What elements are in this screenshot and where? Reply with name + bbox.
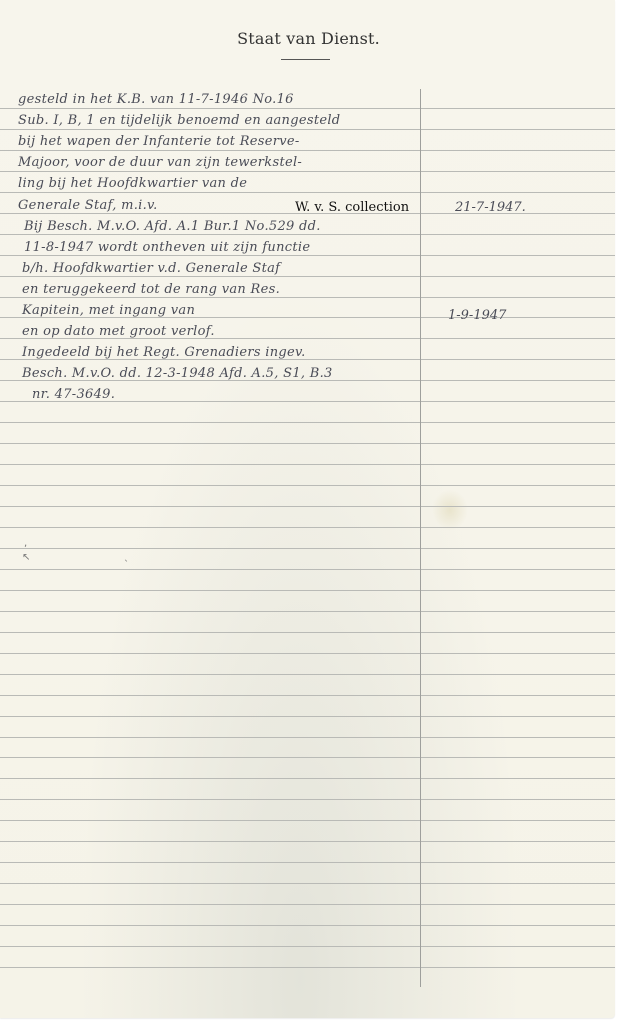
ruled-line — [0, 674, 615, 675]
ruled-line — [0, 841, 615, 842]
entry-line: Sub. I, B, 1 en tijdelijk benoemd en aan… — [18, 113, 340, 128]
ruled-line — [0, 506, 615, 507]
ruled-line — [0, 192, 615, 193]
ruled-line — [0, 108, 615, 109]
ruled-line — [0, 653, 615, 654]
page-title: Staat van Dienst. — [0, 29, 617, 48]
ruled-line — [0, 883, 615, 884]
ruled-line — [0, 820, 615, 821]
ruled-line — [0, 297, 615, 298]
entry-line: ling bij het Hoofdkwartier van de — [18, 176, 247, 191]
ruled-line — [0, 967, 615, 968]
entry-line: en op dato met groot verlof. — [22, 324, 215, 339]
ruled-line — [0, 904, 615, 905]
ruled-line — [0, 946, 615, 947]
ruled-line — [0, 925, 615, 926]
ink-speck: , — [24, 538, 27, 549]
ruled-line — [0, 129, 615, 130]
ink-speck: ↖ — [22, 552, 30, 563]
collection-watermark: W. v. S. collection — [295, 200, 409, 215]
ruled-line — [0, 611, 615, 612]
ruled-line — [0, 234, 615, 235]
title-underline — [281, 59, 330, 60]
ruled-line — [0, 778, 615, 779]
ruled-line — [0, 443, 615, 444]
entry-line: Ingedeeld bij het Regt. Grenadiers ingev… — [22, 345, 306, 360]
ledger-page: Staat van Dienst. gesteld in het K.B. va… — [0, 0, 615, 1018]
ruled-line — [0, 716, 615, 717]
ink-speck: ˎ — [124, 551, 129, 562]
ruled-line — [0, 255, 615, 256]
entry-line: Bij Besch. M.v.O. Afd. A.1 Bur.1 No.529 … — [24, 219, 321, 234]
entry-line: gesteld in het K.B. van 11-7-1946 No.16 — [18, 92, 294, 107]
entry-line: Besch. M.v.O. dd. 12-3-1948 Afd. A.5, S1… — [22, 366, 333, 381]
entry-line: b/h. Hoofdkwartier v.d. Generale Staf — [22, 261, 280, 276]
ruled-line — [0, 757, 615, 758]
ruled-line — [0, 276, 615, 277]
entry-line: en teruggekeerd tot de rang van Res. — [22, 282, 280, 297]
ruled-line — [0, 862, 615, 863]
ruled-line — [0, 799, 615, 800]
ruled-line — [0, 737, 615, 738]
ruled-line — [0, 422, 615, 423]
entry-line: bij het wapen der Infanterie tot Reserve… — [18, 134, 300, 149]
entry-line: 11-8-1947 wordt ontheven uit zijn functi… — [24, 240, 310, 255]
ruled-line — [0, 485, 615, 486]
ruled-line — [0, 632, 615, 633]
ruled-line — [0, 569, 615, 570]
entry-line: Generale Staf, m.i.v. — [18, 198, 158, 213]
column-divider — [420, 89, 421, 987]
ruled-line — [0, 527, 615, 528]
date-entry: 21-7-1947. — [455, 200, 526, 215]
ruled-line — [0, 548, 615, 549]
ruled-line — [0, 171, 615, 172]
entry-line: nr. 47-3649. — [32, 387, 115, 402]
ruled-line — [0, 695, 615, 696]
ruled-line — [0, 464, 615, 465]
entry-line: Majoor, voor de duur van zijn tewerkstel… — [18, 155, 302, 170]
date-entry: 1-9-1947 — [448, 308, 506, 323]
entry-line: Kapitein, met ingang van — [22, 303, 195, 318]
ruled-line — [0, 150, 615, 151]
ruled-line — [0, 590, 615, 591]
